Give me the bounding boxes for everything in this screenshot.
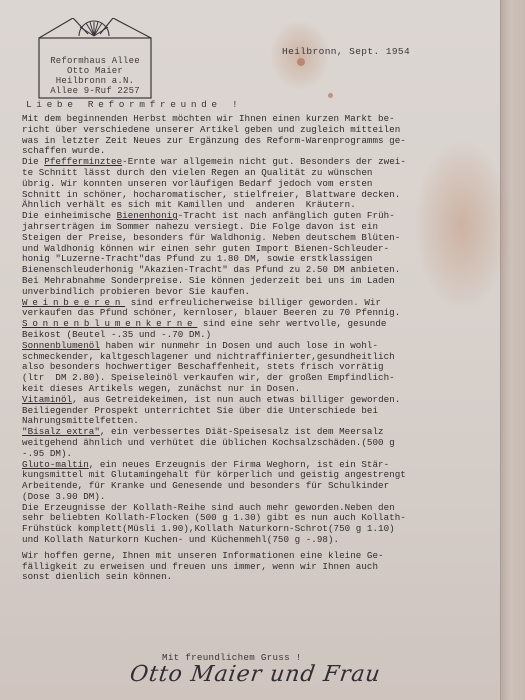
text-line: übrig. Wir konnten unseren vorläufigen B… [22,179,512,190]
text-line: Vitaminöl, aus Getreidekeimen, ist nun a… [22,395,512,406]
letterhead-line: Allee 9-Ruf 2257 [41,86,149,96]
keyword-weinbeeren: Weinbeeren [22,297,125,308]
paragraph-sonnenblumenoel: Sonnenblumenöl haben wir nunmehr in Dose… [22,341,512,395]
keyword-pfefferminztee: Pfefferminztee [44,156,122,167]
letterhead-line: Reformhaus Allee [41,56,149,66]
paragraph-vitaminoel: Vitaminöl, aus Getreidekeimen, ist nun a… [22,395,512,427]
letterhead-line: Heilbronn a.N. [41,76,149,86]
stain-dot [328,93,333,98]
paragraph-bisalz: "Bisalz extra", ein verbessertes Diät-Sp… [22,427,512,459]
letterhead-stamp: Reformhaus Allee Otto Maier Heilbronn a.… [33,18,155,78]
text-line: -.95 DM). [22,449,512,460]
text-line: weitgehend ähnlich und verhütet die übli… [22,438,512,449]
keyword-sonnenblumenoel: Sonnenblumenöl [22,340,100,351]
text-line: Steigen der Preise, besonders für Waldho… [22,233,512,244]
dateline: Heilbronn, Sept. 1954 [282,46,410,57]
salutation: Liebe Reformfreunde ! [26,99,242,110]
paragraph-pfefferminztee: Die Pfefferminztee-Ernte war allgemein n… [22,157,512,211]
paragraph-weinbeeren: Weinbeeren sind erfreulicherweise billig… [22,298,512,320]
text-line: richt über verschiedene unserer Artikel … [22,125,512,136]
keyword-bienenhonig: Bienenhonig [117,210,178,221]
text-line: Sonnenblumenöl haben wir nunmehr in Dose… [22,341,512,352]
paragraph-sonnenblumenkerne: Sonnenblumenkerne sind eine sehr wertvol… [22,319,512,341]
signature: Otto Maier und Frau [128,662,382,687]
paragraph-closing-paragraph: Wir hoffen gerne, Ihnen mit unseren Info… [22,551,512,583]
text-line: und Kollath Naturkorn Kuchen- und Küchen… [22,535,512,546]
paragraph-intro: Mit dem beginnenden Herbst möchten wir I… [22,114,512,157]
paragraph-glutomaltin: Gluto-maltin, ein neues Erzeugnis der Fi… [22,460,512,503]
keyword-glutomaltin: Gluto-maltin [22,459,89,470]
text-line: sonst dienlich sein können. [22,572,512,583]
keyword-sonnenblumenkerne: Sonnenblumenkerne [22,318,197,329]
stain-dot [297,58,305,66]
keyword-vitaminoel: Vitaminöl [22,394,72,405]
letterhead-line: Otto Maier [41,66,149,76]
paragraph-kollath: Die Erzeugnisse der Kollath-Reihe sind a… [22,503,512,546]
paragraph-bienenhonig: Die einheimische Bienenhonig-Tracht ist … [22,211,512,297]
keyword-bisalz: "Bisalz extra" [22,426,100,437]
letter-body: Mit dem beginnenden Herbst möchten wir I… [22,114,512,583]
